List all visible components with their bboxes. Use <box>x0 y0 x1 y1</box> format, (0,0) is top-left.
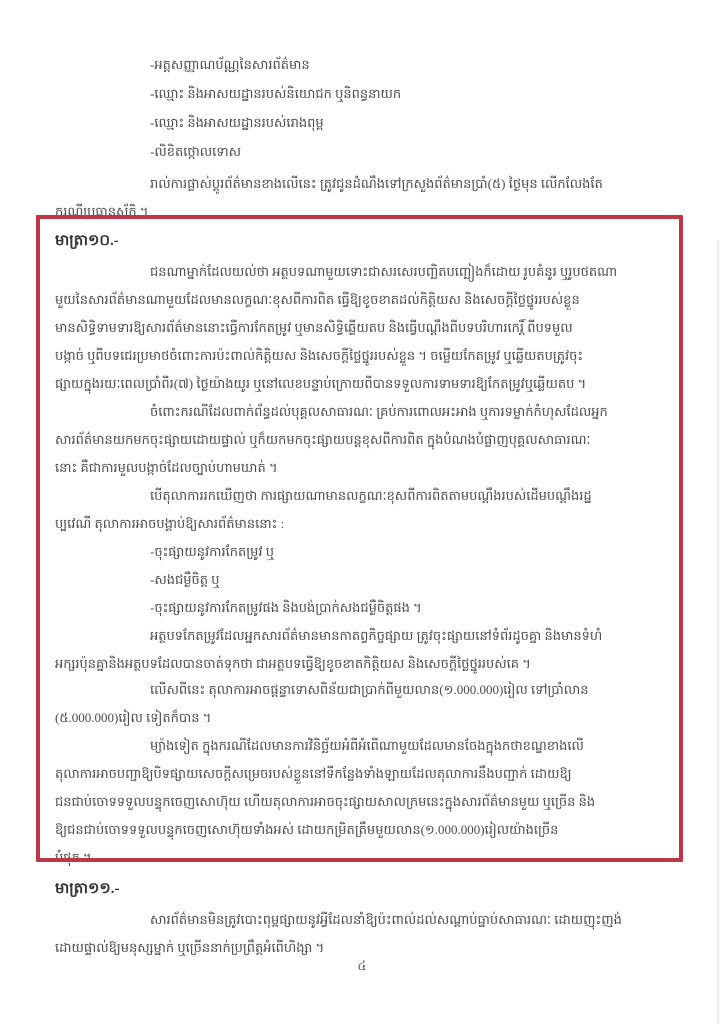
paragraph-line: (៥.000.000)រៀល ទៀតក៏បាន ។ <box>55 704 695 732</box>
page-number: ៤ <box>0 958 724 977</box>
paragraph-line: នោះ គឺជាការមួលបង្កាច់ដែលច្បាប់ហាមឃាត់ ។ <box>55 454 695 482</box>
list-item: -ឈ្មោះ និងអាសយដ្ឋានរបស់និយោជក ឬនិពន្ធនាយ… <box>55 79 695 108</box>
article10-paragraph-4: អត្ថបទកែតម្រូវដែលអ្នកសារព័ត៌មានមានកាតព្វ… <box>55 622 695 678</box>
intro-list: -អត្តសញ្ញាណប័ណ្ណនៃសារព័ត៌មាន -ឈ្មោះ និងអ… <box>55 50 695 166</box>
paragraph-line: បង្កាច់ ឬពីបទជេរប្រមាថចំពោះការប៉ះពាល់កិត… <box>55 342 695 370</box>
paragraph-line: ឱ្យជនជាប់ចោទទទួលបន្ទុកចេញសោហ៊ុយទាំងអស់ ដ… <box>55 816 695 844</box>
paragraph-line: រាល់ការផ្លាស់ប្តូរព័ត៌មានខាងលើនេះ ត្រូវជ… <box>55 170 695 198</box>
paragraph-line: ផ្សាយក្នុងរយៈពេលប្រាំពីរ(៧) ថ្ងៃយ៉ាងយូរ … <box>55 370 695 398</box>
paragraph-line: បើតុលាការរកឃើញថា ការផ្សាយណាមានលក្ខណៈខុសព… <box>55 482 695 510</box>
paragraph-line: អក្សរប៉ុនគ្នានិងអត្ថបទដែលបានចាត់ទុកថា ជា… <box>55 650 695 678</box>
article10-bullet-list: -ចុះផ្សាយនូវការកែតម្រូវ ឬ -សងជម្ងឺចិត្ត … <box>55 538 695 622</box>
document-page: -អត្តសញ្ញាណប័ណ្ណនៃសារព័ត៌មាន -ឈ្មោះ និងអ… <box>0 0 724 1024</box>
paragraph-line: ប្បវេណី តុលាការអាចបង្គាប់ឱ្យសារព័ត៌មាននោ… <box>55 510 695 538</box>
list-item: -ឈ្មោះ និងអាសយដ្ឋានរបស់រោងពុម្ព <box>55 108 695 137</box>
article10-paragraph-3: បើតុលាការរកឃើញថា ការផ្សាយណាមានលក្ខណៈខុសព… <box>55 482 695 538</box>
article-heading: មាត្រា១០.- <box>55 226 695 256</box>
intro-paragraph: រាល់ការផ្លាស់ប្តូរព័ត៌មានខាងលើនេះ ត្រូវជ… <box>55 170 695 226</box>
article10-paragraph-1: ជនណាម្នាក់ដែលយល់ថា អត្ថបទណាមួយទោះជាសរសេរ… <box>55 258 695 398</box>
list-item: -ចុះផ្សាយនូវការកែតម្រូវផង និងបង់ប្រាក់សង… <box>55 594 695 622</box>
list-item: -លិខិតថ្កោលទោស <box>55 137 695 166</box>
paragraph-line: តុលាការអាចបញ្ជាឱ្យបិទផ្សាយសេចក្តីសម្រេចរ… <box>55 760 695 788</box>
paragraph-line: ជនជាប់ចោទទទួលបន្ទុកចេញសោហ៊ុយ ហើយតុលាការអ… <box>55 788 695 816</box>
article10-heading: មាត្រា១០.- <box>55 226 695 256</box>
paragraph-line: ករណីប្រធានស័ក្តិ ។ <box>55 198 695 226</box>
article10-paragraph-6: ម្យ៉ាងទៀត ក្នុងករណីដែលមានការវិនិច្ឆ័យអំព… <box>55 732 695 872</box>
paragraph-line: មួយនៃសារព័ត៌មានណាមួយដែលមានលក្ខណៈខុសពីការ… <box>55 286 695 314</box>
list-item: -អត្តសញ្ញាណប័ណ្ណនៃសារព័ត៌មាន <box>55 50 695 79</box>
list-item: -ចុះផ្សាយនូវការកែតម្រូវ ឬ <box>55 538 695 566</box>
paragraph-line: បំផុត ។ <box>55 844 695 872</box>
article11-heading: មាត្រា១១.- <box>55 874 695 904</box>
paragraph-line: លើសពីនេះ តុលាការអាចផ្តន្ទាទោសពិន័យជាប្រា… <box>55 676 695 704</box>
paragraph-line: មានសិទ្ធិទាមទារឱ្យសារព័ត៌មាននោះធ្វើការកែ… <box>55 314 695 342</box>
article11-paragraph: សារព័ត៌មានមិនត្រូវបោះពុម្ពផ្សាយនូវអ្វីដែ… <box>55 906 695 962</box>
paragraph-line: ជនណាម្នាក់ដែលយល់ថា អត្ថបទណាមួយទោះជាសរសេរ… <box>55 258 695 286</box>
paragraph-line: សារព័ត៌មានមិនត្រូវបោះពុម្ពផ្សាយនូវអ្វីដែ… <box>55 906 695 934</box>
article10-paragraph-2: ចំពោះករណីដែលពាក់ព័ន្ធដល់បុគ្គលសាធារណៈ គ្… <box>55 398 695 482</box>
list-item: -សងជម្ងឺចិត្ត ឬ <box>55 566 695 594</box>
paragraph-line: ម្យ៉ាងទៀត ក្នុងករណីដែលមានការវិនិច្ឆ័យអំព… <box>55 732 695 760</box>
paragraph-line: ចំពោះករណីដែលពាក់ព័ន្ធដល់បុគ្គលសាធារណៈ គ្… <box>55 398 695 426</box>
paragraph-line: សារព័ត៌មានយកមកចុះផ្សាយដោយផ្ទាល់ ឬក៏យកមកច… <box>55 426 695 454</box>
page-edge-shadow <box>717 240 719 1024</box>
article-heading: មាត្រា១១.- <box>55 874 695 904</box>
paragraph-line: អត្ថបទកែតម្រូវដែលអ្នកសារព័ត៌មានមានកាតព្វ… <box>55 622 695 650</box>
article10-paragraph-5: លើសពីនេះ តុលាការអាចផ្តន្ទាទោសពិន័យជាប្រា… <box>55 676 695 732</box>
